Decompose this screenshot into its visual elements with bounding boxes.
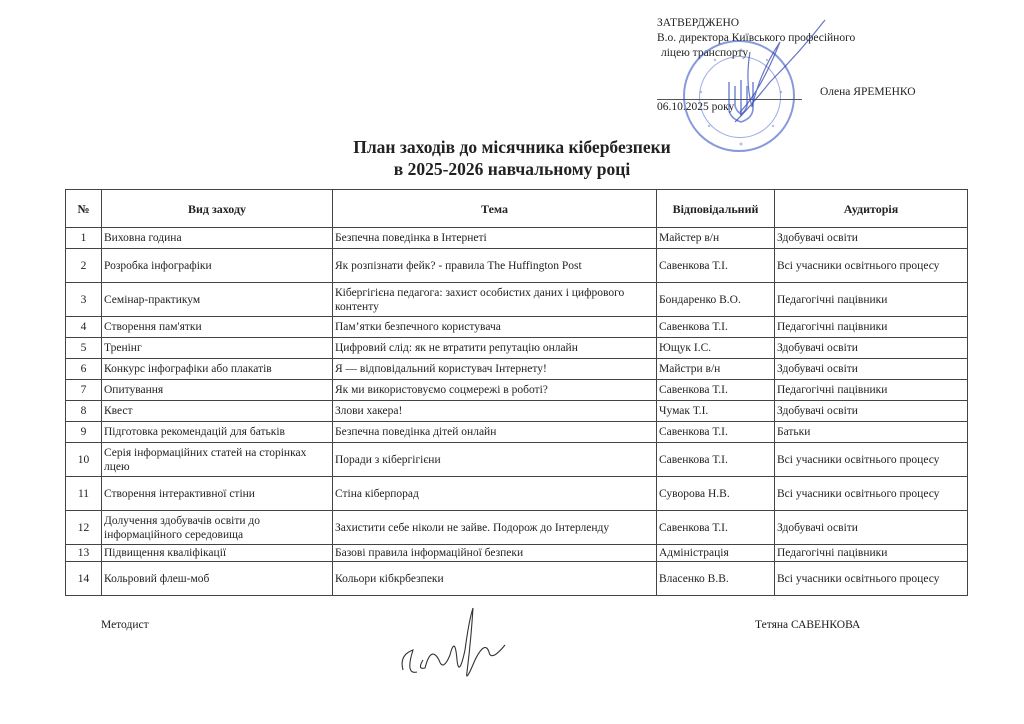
event-type-cell: Кольровий флеш-моб (102, 562, 333, 596)
responsible-cell: Суворова Н.В. (657, 477, 775, 511)
topic-cell: Кольори кібкрбезпеки (333, 562, 657, 596)
topic-cell: Я — відповідальний користувач Інтернету! (333, 359, 657, 380)
audience-cell: Всі учасники освітнього процесу (775, 249, 968, 283)
event-type-cell: Серія інформаційних статей на сторінках … (102, 443, 333, 477)
director-signature-icon (690, 12, 840, 132)
table-row: 3Семінар-практикумКібергігієна педагога:… (66, 283, 968, 317)
audience-cell: Всі учасники освітнього процесу (775, 562, 968, 596)
audience-cell: Батьки (775, 422, 968, 443)
topic-cell: Безпечна поведінка дітей онлайн (333, 422, 657, 443)
document-title: План заходів до місячника кібербезпеки в… (0, 136, 1024, 180)
topic-cell: Поради з кібергігієни (333, 443, 657, 477)
responsible-cell: Савенкова Т.І. (657, 317, 775, 338)
header-topic: Тема (333, 190, 657, 228)
responsible-cell: Савенкова Т.І. (657, 249, 775, 283)
topic-cell: Захистити себе ніколи не зайве. Подорож … (333, 511, 657, 545)
audience-cell: Здобувачі освіти (775, 338, 968, 359)
table-header-row: № Вид заходу Тема Відповідальний Аудитор… (66, 190, 968, 228)
table-row: 7ОпитуванняЯк ми використовуємо соцмереж… (66, 380, 968, 401)
responsible-cell: Бондаренко В.О. (657, 283, 775, 317)
topic-cell: Стіна кіберпорад (333, 477, 657, 511)
table-row: 4Створення пам'яткиПам’ятки безпечного к… (66, 317, 968, 338)
responsible-cell: Савенкова Т.І. (657, 380, 775, 401)
row-number: 9 (66, 422, 102, 443)
event-type-cell: Квест (102, 401, 333, 422)
header-number: № (66, 190, 102, 228)
row-number: 7 (66, 380, 102, 401)
row-number: 10 (66, 443, 102, 477)
table-row: 1Виховна годинаБезпечна поведінка в Інте… (66, 228, 968, 249)
row-number: 14 (66, 562, 102, 596)
event-type-cell: Тренінг (102, 338, 333, 359)
header-event-type: Вид заходу (102, 190, 333, 228)
row-number: 3 (66, 283, 102, 317)
responsible-cell: Савенкова Т.І. (657, 443, 775, 477)
audience-cell: Педагогічні пацівники (775, 283, 968, 317)
row-number: 13 (66, 545, 102, 562)
responsible-cell: Савенкова Т.І. (657, 422, 775, 443)
audience-cell: Здобувачі освіти (775, 359, 968, 380)
responsible-cell: Власенко В.В. (657, 562, 775, 596)
table-row: 6Конкурс інфографіки або плакатівЯ — від… (66, 359, 968, 380)
audience-cell: Всі учасники освітнього процесу (775, 477, 968, 511)
topic-cell: Базові правила інформаційної безпеки (333, 545, 657, 562)
table-row: 10Серія інформаційних статей на сторінка… (66, 443, 968, 477)
event-type-cell: Створення пам'ятки (102, 317, 333, 338)
methodist-signature-icon (395, 600, 525, 690)
events-table: № Вид заходу Тема Відповідальний Аудитор… (65, 189, 968, 596)
table-row: 12Долучення здобувачів освіти до інформа… (66, 511, 968, 545)
row-number: 6 (66, 359, 102, 380)
event-type-cell: Розробка інфографіки (102, 249, 333, 283)
event-type-cell: Створення інтерактивної стіни (102, 477, 333, 511)
event-type-cell: Підвищення кваліфікації (102, 545, 333, 562)
table-row: 11Створення інтерактивної стіниСтіна кіб… (66, 477, 968, 511)
topic-cell: Як розпізнати фейк? - правила The Huffin… (333, 249, 657, 283)
row-number: 5 (66, 338, 102, 359)
footer-name: Тетяна САВЕНКОВА (755, 619, 860, 631)
topic-cell: Цифровий слід: як не втратити репутацію … (333, 338, 657, 359)
topic-cell: Злови хакера! (333, 401, 657, 422)
row-number: 12 (66, 511, 102, 545)
table-row: 9Підготовка рекомендацій для батьківБезп… (66, 422, 968, 443)
event-type-cell: Семінар-практикум (102, 283, 333, 317)
responsible-cell: Майстри в/н (657, 359, 775, 380)
event-type-cell: Підготовка рекомендацій для батьків (102, 422, 333, 443)
topic-cell: Пам’ятки безпечного користувача (333, 317, 657, 338)
event-type-cell: Конкурс інфографіки або плакатів (102, 359, 333, 380)
row-number: 1 (66, 228, 102, 249)
row-number: 2 (66, 249, 102, 283)
header-audience: Аудиторія (775, 190, 968, 228)
footer-role: Методист (101, 619, 149, 631)
audience-cell: Здобувачі освіти (775, 401, 968, 422)
table-row: 2Розробка інфографікиЯк розпізнати фейк?… (66, 249, 968, 283)
topic-cell: Як ми використовуємо соцмережі в роботі? (333, 380, 657, 401)
table-row: 5ТренінгЦифровий слід: як не втратити ре… (66, 338, 968, 359)
topic-cell: Кібергігієна педагога: захист особистих … (333, 283, 657, 317)
table-row: 14Кольровий флеш-мобКольори кібкрбезпеки… (66, 562, 968, 596)
responsible-cell: Савенкова Т.І. (657, 511, 775, 545)
event-type-cell: Долучення здобувачів освіти до інформаці… (102, 511, 333, 545)
row-number: 8 (66, 401, 102, 422)
event-type-cell: Опитування (102, 380, 333, 401)
audience-cell: Педагогічні пацівники (775, 380, 968, 401)
title-line1: План заходів до місячника кібербезпеки (0, 136, 1024, 158)
row-number: 11 (66, 477, 102, 511)
topic-cell: Безпечна поведінка в Інтернеті (333, 228, 657, 249)
audience-cell: Педагогічні пацівники (775, 545, 968, 562)
responsible-cell: Майстер в/н (657, 228, 775, 249)
responsible-cell: Чумак Т.І. (657, 401, 775, 422)
table-row: 13Підвищення кваліфікаціїБазові правила … (66, 545, 968, 562)
row-number: 4 (66, 317, 102, 338)
audience-cell: Педагогічні пацівники (775, 317, 968, 338)
event-type-cell: Виховна година (102, 228, 333, 249)
responsible-cell: Адміністрація (657, 545, 775, 562)
responsible-cell: Ющук І.С. (657, 338, 775, 359)
audience-cell: Здобувачі освіти (775, 228, 968, 249)
table-row: 8КвестЗлови хакера!Чумак Т.І.Здобувачі о… (66, 401, 968, 422)
audience-cell: Здобувачі освіти (775, 511, 968, 545)
header-responsible: Відповідальний (657, 190, 775, 228)
title-line2: в 2025-2026 навчальному році (0, 158, 1024, 180)
audience-cell: Всі учасники освітнього процесу (775, 443, 968, 477)
